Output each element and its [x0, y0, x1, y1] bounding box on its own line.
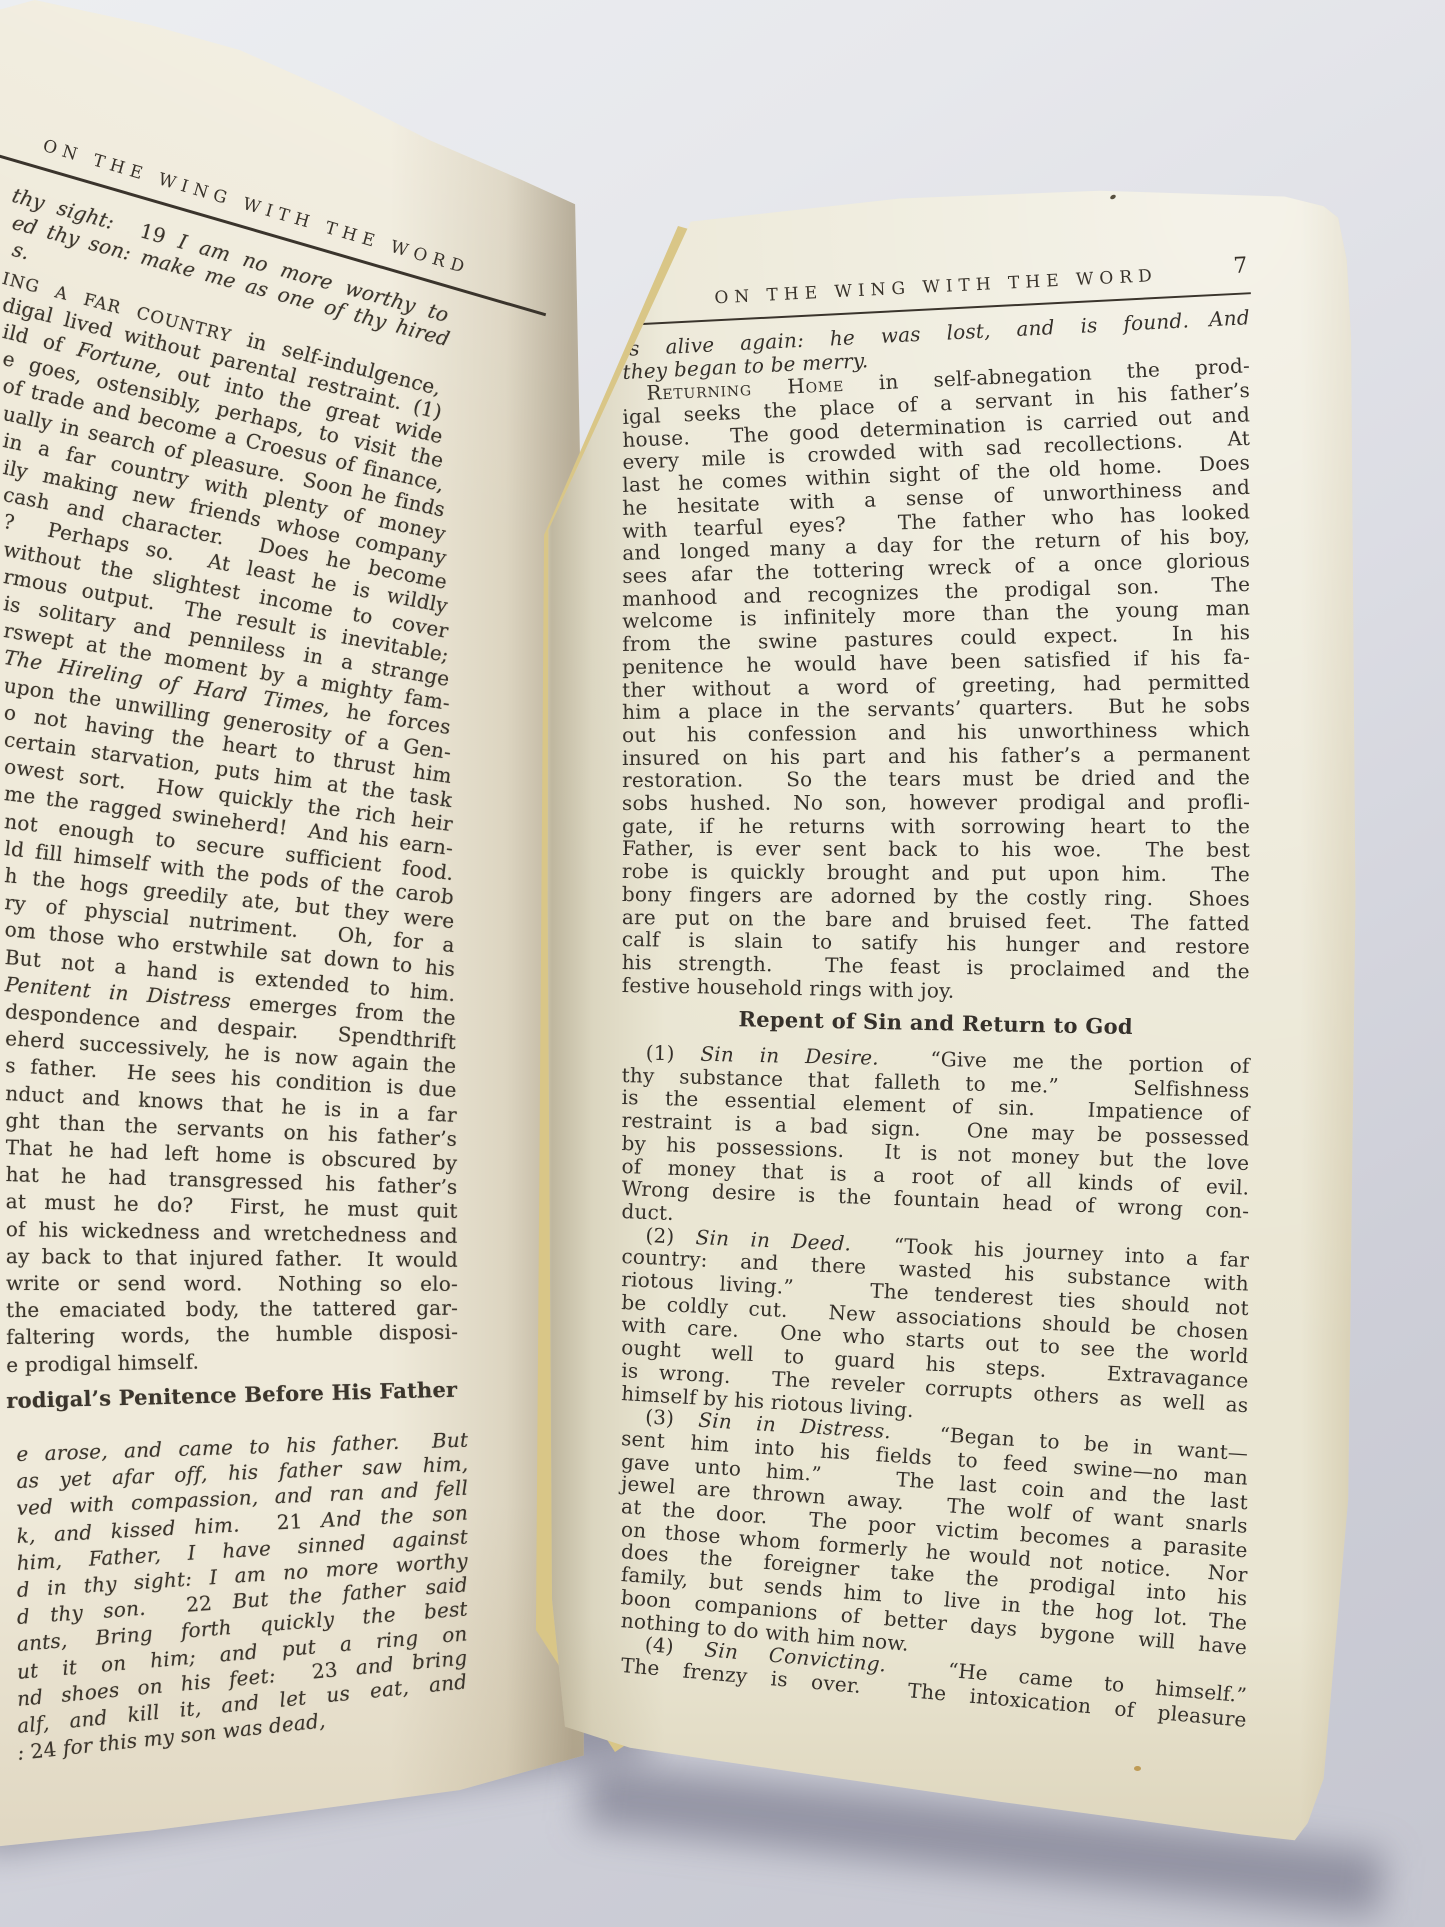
- text-line: Father, is ever sent back to his woe. Th…: [622, 837, 1250, 861]
- paper-speck: [1134, 1766, 1141, 1771]
- right-header-title: ON THE WING WITH THE WORD: [622, 261, 1250, 313]
- text-line: ay back to that injured father. It would: [6, 1244, 458, 1272]
- text-line: sobs hushed. No son, however prodigal an…: [622, 791, 1250, 814]
- text-line: write or send word. Nothing so elo-: [6, 1271, 458, 1296]
- text-line: robe is quickly brought and put upon him…: [622, 860, 1250, 885]
- section-heading: rodigal’s Penitence Before His Father: [6, 1378, 458, 1413]
- page-number: 7: [1233, 253, 1248, 279]
- section-heading: Repent of Sin and Return to God: [622, 1006, 1250, 1040]
- text-line: faltering words, the humble disposi-: [6, 1320, 458, 1349]
- book-photo: ON THE WING WITH THE WORD thy sight: 19 …: [0, 0, 1445, 1927]
- text-line: e prodigal himself.: [6, 1345, 458, 1377]
- text-line: gate, if he returns with sorrowing heart…: [622, 815, 1250, 837]
- text-line: restoration. So the tears must be dried …: [622, 766, 1250, 791]
- text-line: the emaciated body, the tattered gar-: [6, 1296, 458, 1322]
- text-line: of his wickedness and wretchedness and: [6, 1217, 458, 1248]
